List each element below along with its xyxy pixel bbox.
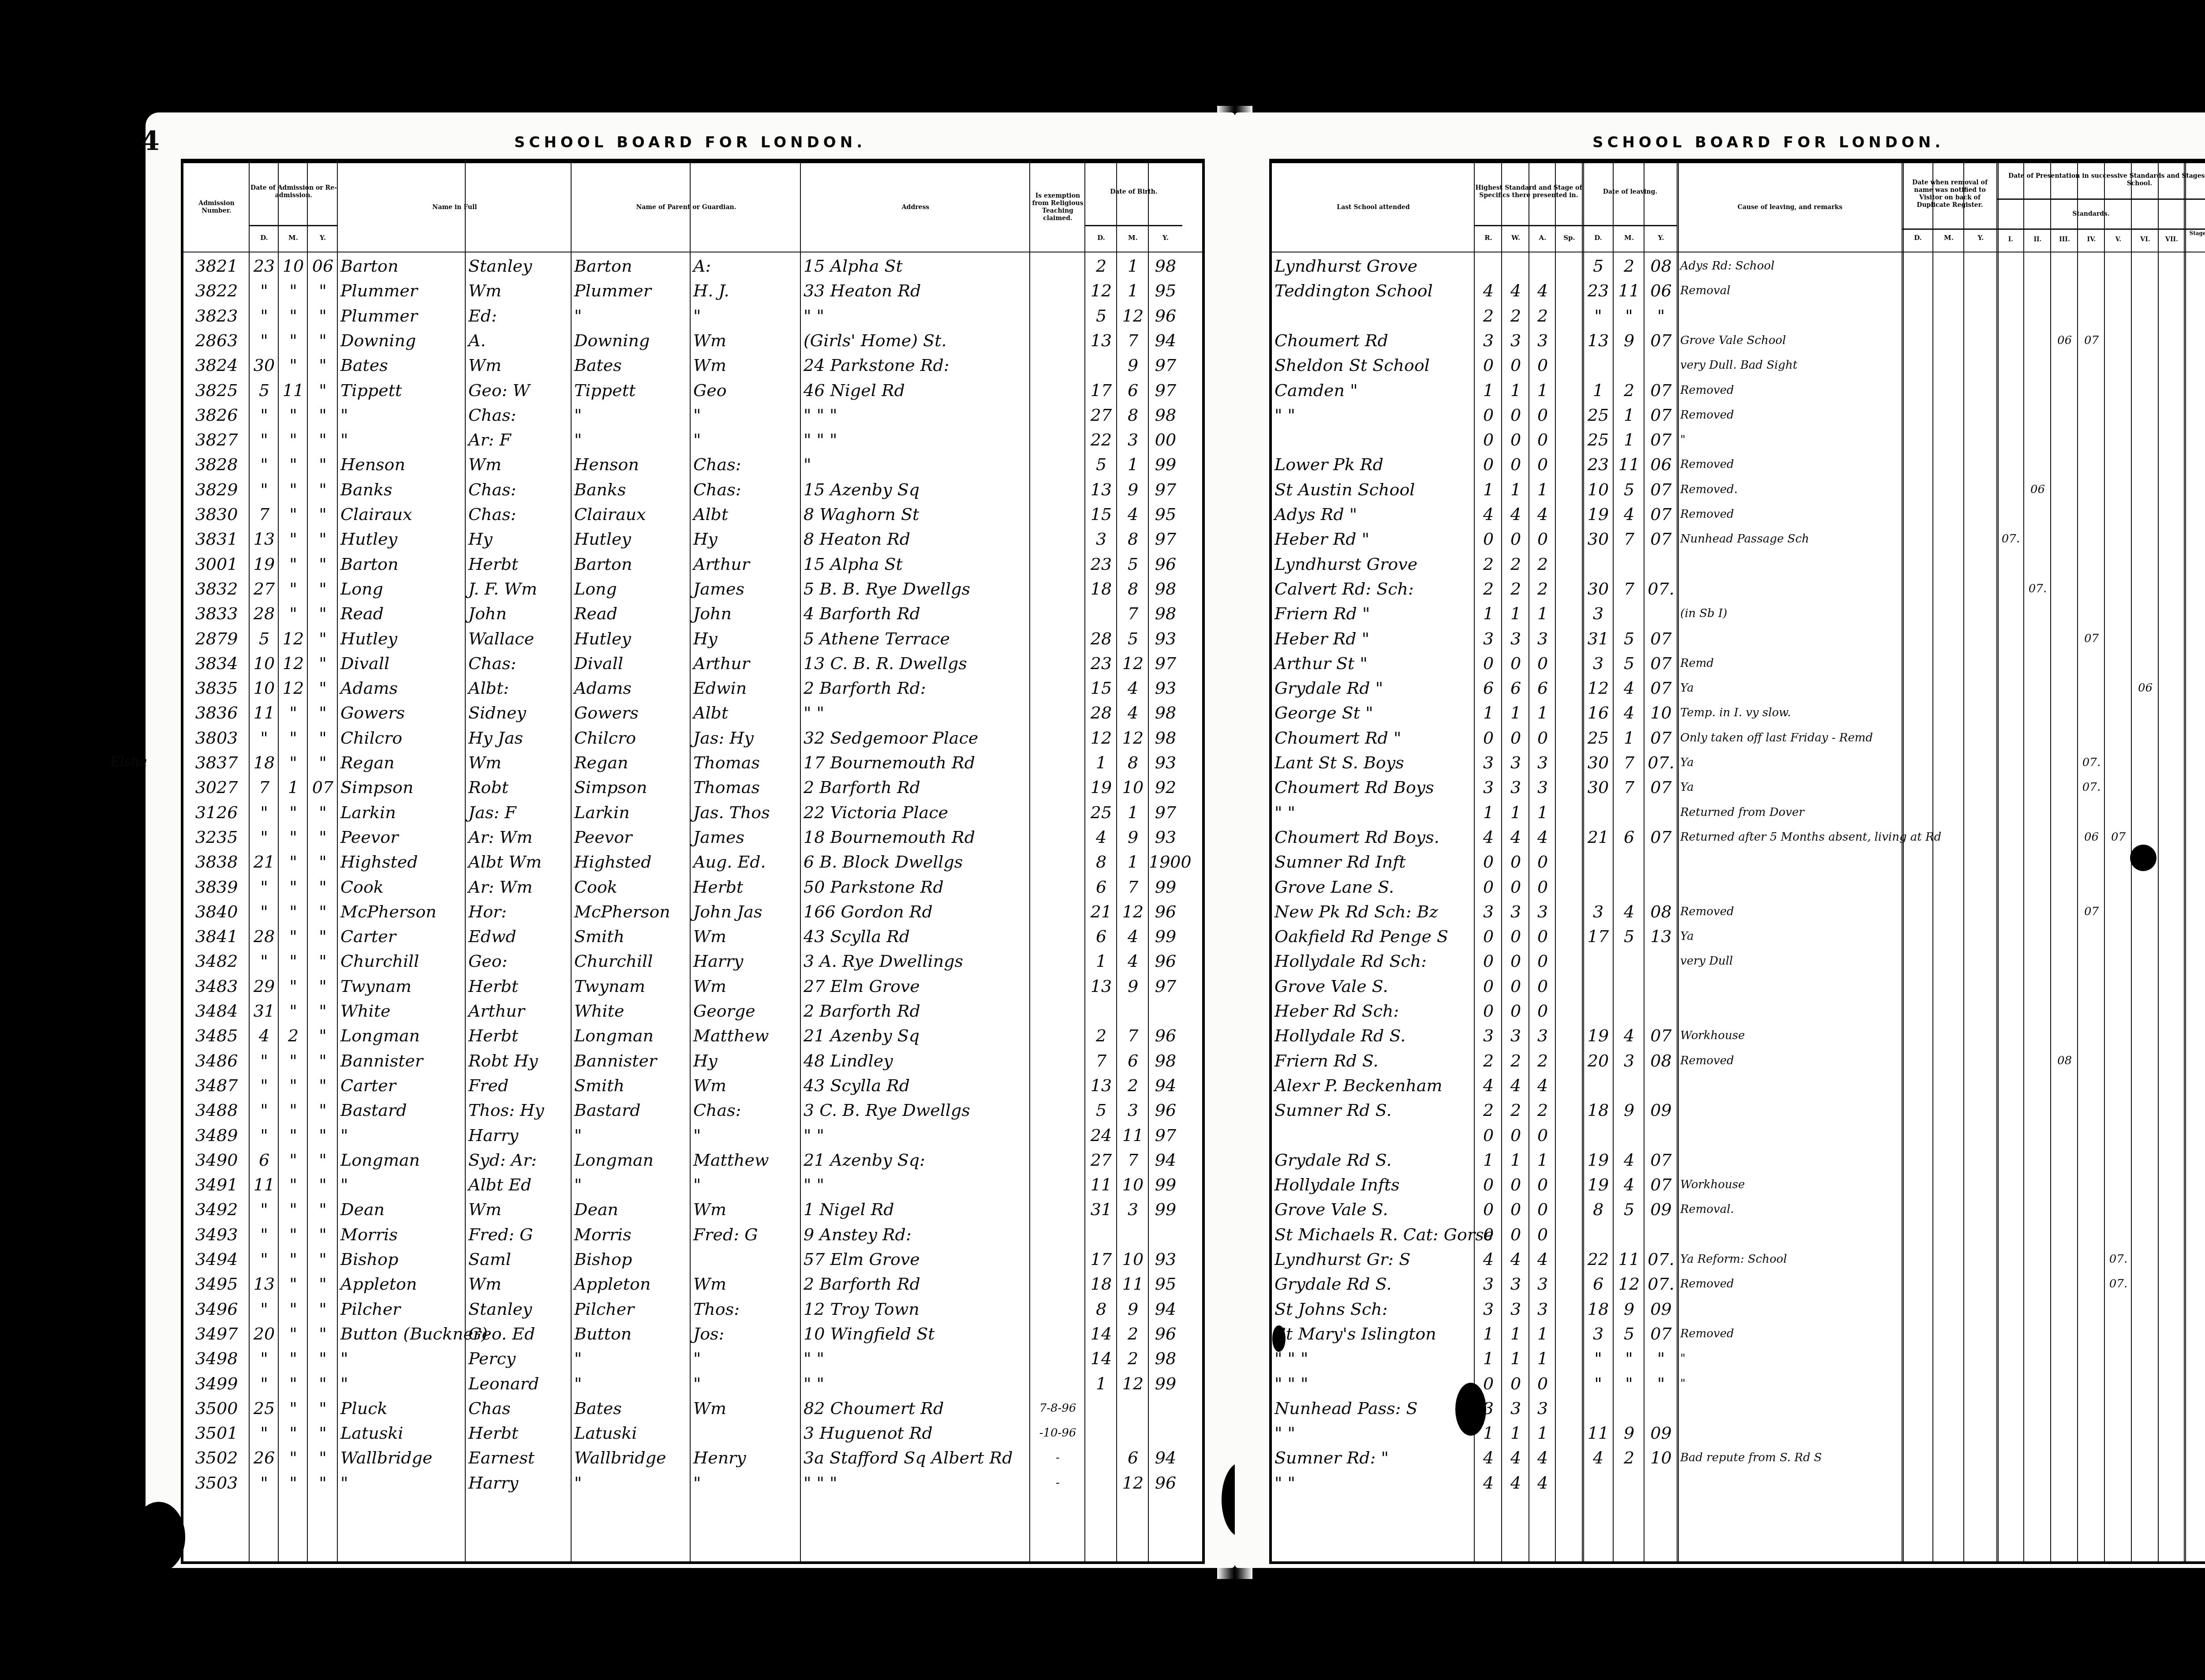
numeric-cell: 5 (1583, 254, 1614, 278)
numeric-cell: 3499 (183, 1371, 250, 1396)
numeric-cell: 99 (1149, 1172, 1182, 1197)
numeric-cell: 2 (1502, 1048, 1529, 1073)
text-cell (1678, 875, 1905, 899)
ink-blot (2130, 845, 2156, 871)
numeric-cell: " (250, 1073, 279, 1098)
numeric-cell: 99 (1149, 1371, 1182, 1396)
numeric-cell: 3825 (183, 378, 250, 403)
text-cell: Larkin (338, 800, 468, 825)
numeric-cell: 4 (1614, 899, 1644, 924)
numeric-cell (1583, 552, 1614, 576)
text-cell: 2 Barforth Rd (801, 999, 1033, 1023)
numeric-cell: " (279, 1321, 308, 1346)
header-standard-col: IV. (2078, 236, 2105, 243)
text-cell: James (691, 576, 804, 601)
numeric-cell: 0 (1529, 353, 1556, 378)
numeric-cell: " (279, 1297, 308, 1321)
standard-presentation-cell: 06 (2132, 676, 2159, 700)
text-cell: Removed (1678, 1321, 1905, 1346)
text-cell: Morris (572, 1222, 693, 1247)
table-row: 000 (1272, 1123, 2205, 1148)
numeric-cell: 07 (1644, 403, 1678, 427)
numeric-cell: 23 (1583, 452, 1614, 477)
numeric-cell: 3 (1475, 626, 1502, 651)
text-cell: Removal (1678, 278, 1905, 303)
text-cell: " (572, 1371, 693, 1396)
numeric-cell (1614, 552, 1644, 576)
text-cell: 22 Victoria Place (801, 800, 1033, 825)
numeric-cell: " (308, 353, 338, 378)
numeric-cell: 0 (1529, 924, 1556, 949)
numeric-cell: 12 (1117, 899, 1149, 924)
table-row: 3829"""BanksChas:BanksChas:15 Azenby Sq1… (183, 477, 1202, 502)
numeric-cell: 27 (250, 576, 279, 601)
header-admission-number: Admission Number. (183, 163, 250, 251)
numeric-cell (1030, 576, 1085, 601)
text-cell: St Austin School (1272, 477, 1477, 502)
text-cell: Barton (572, 254, 693, 278)
numeric-cell: 3830 (183, 502, 250, 527)
page-title-left: SCHOOL BOARD FOR LONDON. (146, 134, 1235, 151)
numeric-cell: 12 (1117, 726, 1149, 750)
text-cell: Chas: (466, 403, 574, 427)
numeric-cell: 07 (1644, 477, 1678, 502)
numeric-cell: 06 (308, 254, 338, 278)
numeric-cell (1030, 303, 1085, 328)
numeric-cell: " (1614, 1346, 1644, 1371)
numeric-cell: 6 (1502, 676, 1529, 700)
numeric-cell: 3 (1529, 1396, 1556, 1421)
numeric-cell (1030, 1148, 1085, 1172)
header-cause: Cause of leaving, and remarks (1678, 163, 1902, 251)
header-standard-col: VII. (2159, 236, 2185, 243)
numeric-cell: 14 (1085, 1346, 1117, 1371)
numeric-cell: 12 (1583, 676, 1614, 700)
numeric-cell (1030, 875, 1085, 899)
text-cell: Workhouse (1678, 1172, 1905, 1197)
numeric-cell: " (1614, 1371, 1644, 1396)
text-cell: Wm (466, 452, 574, 477)
numeric-cell (1583, 949, 1614, 973)
numeric-cell (1030, 700, 1085, 725)
numeric-cell: 17 (1583, 924, 1614, 949)
numeric-cell (1644, 552, 1678, 576)
numeric-cell: 4 (1502, 1247, 1529, 1272)
numeric-cell: 09 (1644, 1421, 1678, 1445)
table-row: Choumert Rd33313907Grove Vale School0607 (1272, 328, 2205, 353)
table-row: 3498""""Percy""" "14298 (183, 1346, 1202, 1371)
numeric-cell (1030, 949, 1085, 973)
text-cell: 8 Waghorn St (801, 502, 1033, 527)
text-cell: Churchill (572, 949, 693, 973)
numeric-cell: " (308, 328, 338, 353)
text-cell: Alexr P. Beckenham (1272, 1073, 1477, 1098)
numeric-cell: 3 (1529, 1272, 1556, 1296)
numeric-cell: 3831 (183, 527, 250, 551)
numeric-cell: 7 (1614, 527, 1644, 551)
left-page: 4 SCHOOL BOARD FOR LONDON. Elsha Admissi… (146, 112, 1235, 1568)
numeric-cell: 6 (1583, 1272, 1614, 1296)
table-row: 3828"""HensonWmHensonChas:"5199 (183, 452, 1202, 477)
table-row: 348329""TwynamHerbtTwynamWm27 Elm Grove1… (183, 974, 1202, 999)
numeric-cell: 3502 (183, 1445, 250, 1470)
numeric-cell: " (279, 1197, 308, 1222)
numeric-cell: " (250, 1421, 279, 1445)
text-cell: " (338, 1123, 468, 1148)
text-cell (691, 1421, 804, 1445)
numeric-cell: 19 (1583, 1148, 1614, 1172)
numeric-cell: " (279, 800, 308, 825)
standard-presentation-cell: 07. (2105, 1247, 2132, 1272)
numeric-cell: 4 (1502, 1470, 1529, 1495)
page-title-right: SCHOOL BOARD FOR LONDON. (1235, 134, 2205, 151)
numeric-cell: " (308, 1470, 338, 1495)
table-row: 00025107" (1272, 427, 2205, 452)
numeric-cell: 3 (1583, 601, 1614, 626)
text-cell: Syd: Ar: (466, 1148, 574, 1172)
text-cell: Fred: G (466, 1222, 574, 1247)
text-cell: Jos: (691, 1321, 804, 1346)
table-row: Choumert Rd "00025107Only taken off last… (1272, 726, 2205, 750)
numeric-cell: 99 (1149, 875, 1182, 899)
text-cell: Banks (572, 477, 693, 502)
text-cell: Removed. (1678, 477, 1905, 502)
text-cell: Removed (1678, 899, 1905, 924)
text-cell: Bates (572, 1396, 693, 1421)
table-row: 3492"""DeanWmDeanWm1 Nigel Rd31399 (183, 1197, 1202, 1222)
text-cell: White (572, 999, 693, 1023)
text-cell: Wm (466, 278, 574, 303)
table-row: 2879512"HutleyWallaceHutleyHy5 Athene Te… (183, 626, 1202, 651)
text-cell: Stanley (466, 254, 574, 278)
standard-presentation-cell: 07 (2078, 899, 2105, 924)
text-cell: Robt Hy (466, 1048, 574, 1073)
text-cell (1678, 974, 1905, 999)
text-cell: Lant St S. Boys (1272, 750, 1477, 775)
numeric-cell: 4 (1475, 825, 1502, 849)
text-cell: 2 Barforth Rd: (801, 676, 1033, 700)
table-row: 384128""CarterEdwdSmithWm43 Scylla Rd649… (183, 924, 1202, 949)
text-cell: Ya (1678, 775, 1905, 800)
numeric-cell: " (308, 552, 338, 576)
numeric-cell: 12 (279, 626, 308, 651)
table-row: Grove Lane S.000 (1272, 875, 2205, 899)
table-row: 3499""""Leonard""" "11299 (183, 1371, 1202, 1396)
numeric-cell: 3 (1117, 1098, 1149, 1122)
text-cell: Returned from Dover (1678, 800, 1905, 825)
numeric-cell: 5 (1117, 552, 1149, 576)
text-cell: " (691, 427, 804, 452)
numeric-cell: 1 (1583, 378, 1614, 403)
numeric-cell: 1 (1502, 601, 1529, 626)
numeric-cell (1030, 750, 1085, 775)
table-row: 3494"""BishopSamlBishop57 Elm Grove17109… (183, 1247, 1202, 1272)
text-cell: Arthur (691, 552, 804, 576)
numeric-cell: " (308, 1023, 338, 1048)
numeric-cell: " (308, 1172, 338, 1197)
numeric-cell: 07 (1644, 825, 1678, 849)
numeric-cell (1583, 875, 1614, 899)
text-cell: Wallbridge (572, 1445, 693, 1470)
numeric-cell: 3493 (183, 1222, 250, 1247)
numeric-cell: 07 (1644, 427, 1678, 452)
table-row: 3482"""ChurchillGeo:ChurchillHarry3 A. R… (183, 949, 1202, 973)
numeric-cell: 27 (1085, 1148, 1117, 1172)
text-cell: Longman (338, 1023, 468, 1048)
table-row: Hollydale Rd Sch:000very Dull (1272, 949, 2205, 973)
numeric-cell: 18 (1085, 576, 1117, 601)
table-row: " " "111"""" (1272, 1346, 2205, 1371)
numeric-cell: 4 (1529, 1445, 1556, 1470)
text-cell (1678, 552, 1905, 576)
text-cell (1678, 999, 1905, 1023)
numeric-cell: 1 (1085, 1371, 1117, 1396)
table-row: 3126"""LarkinJas: FLarkinJas. Thos22 Vic… (183, 800, 1202, 825)
text-cell: " (691, 1470, 804, 1495)
numeric-cell: " (279, 899, 308, 924)
text-cell: Workhouse (1678, 1023, 1905, 1048)
numeric-cell: 98 (1149, 726, 1182, 750)
table-row: " "111Returned from Dover (1272, 800, 2205, 825)
numeric-cell: 3 (1502, 626, 1529, 651)
text-cell: 46 Nigel Rd (801, 378, 1033, 403)
numeric-cell (1614, 999, 1644, 1023)
numeric-cell: 9 (1117, 477, 1149, 502)
numeric-cell: 10 (1117, 1247, 1149, 1272)
numeric-cell: " (1583, 1346, 1614, 1371)
text-cell: Hor: (466, 899, 574, 924)
numeric-cell: 3 (1614, 1048, 1644, 1073)
numeric-cell: 12 (279, 651, 308, 676)
numeric-cell (1030, 849, 1085, 874)
numeric-cell: 1 (1529, 477, 1556, 502)
numeric-cell: 07 (1644, 527, 1678, 551)
numeric-cell: 2 (1529, 1048, 1556, 1073)
text-cell: Chas: (466, 477, 574, 502)
numeric-cell: 3487 (183, 1073, 250, 1098)
numeric-cell: 3 (1475, 775, 1502, 800)
numeric-cell: " (250, 899, 279, 924)
numeric-cell: 12 (1117, 1470, 1149, 1495)
text-cell (1272, 427, 1477, 452)
text-cell: Albt: (466, 676, 574, 700)
numeric-cell: 31 (250, 999, 279, 1023)
numeric-cell: 4 (1117, 949, 1149, 973)
text-cell (1272, 303, 1477, 328)
numeric-cell: " (279, 1272, 308, 1296)
numeric-cell (1529, 254, 1556, 278)
table-row: Grove Vale S.0008509Removal. (1272, 1197, 2205, 1222)
text-cell: Plummer (572, 278, 693, 303)
numeric-cell: 3833 (183, 601, 250, 626)
numeric-cell (1030, 254, 1085, 278)
numeric-cell: 3 (1502, 1297, 1529, 1321)
numeric-cell: " (279, 726, 308, 750)
numeric-cell: " (250, 452, 279, 477)
numeric-cell (1030, 775, 1085, 800)
numeric-cell: 08 (1644, 1048, 1678, 1073)
numeric-cell: 07 (308, 775, 338, 800)
text-cell: Removed (1678, 452, 1905, 477)
text-cell: Long (572, 576, 693, 601)
numeric-cell: " (279, 527, 308, 551)
table-row: Grydale Rd "66612407Ya06 (1272, 676, 2205, 700)
text-cell: " (691, 1346, 804, 1371)
numeric-cell: 0 (1502, 1123, 1529, 1148)
text-cell: Stanley (466, 1297, 574, 1321)
numeric-cell: 3824 (183, 353, 250, 378)
numeric-cell: " (308, 1297, 338, 1321)
text-cell: Earnest (466, 1445, 574, 1470)
text-cell: Teddington School (1272, 278, 1477, 303)
numeric-cell: 7 (1117, 328, 1149, 353)
standard-presentation-cell: 07. (2078, 775, 2105, 800)
text-cell: 6 B. Block Dwellgs (801, 849, 1033, 874)
text-cell: Longman (338, 1148, 468, 1172)
text-cell (1272, 1123, 1477, 1148)
numeric-cell: - (1030, 1445, 1085, 1470)
text-cell: Bad repute from S. Rd S (1678, 1445, 1905, 1470)
numeric-cell (1583, 974, 1614, 999)
numeric-cell: 1900 (1149, 849, 1182, 874)
table-row: Arthur St "0003507Remd (1272, 651, 2205, 676)
numeric-cell: 1 (1117, 278, 1149, 303)
numeric-cell: 10 (1117, 775, 1149, 800)
numeric-cell: " (279, 552, 308, 576)
numeric-cell: 3 (1502, 328, 1529, 353)
numeric-cell (1583, 353, 1614, 378)
numeric-cell: " (250, 477, 279, 502)
numeric-cell: 4 (1475, 1445, 1502, 1470)
text-cell: 10 Wingfield St (801, 1321, 1033, 1346)
numeric-cell (1614, 974, 1644, 999)
numeric-cell (1030, 1272, 1085, 1296)
numeric-cell: 31 (1583, 626, 1614, 651)
text-cell: Wm (691, 924, 804, 949)
text-cell: Friern Rd " (1272, 601, 1477, 626)
numeric-cell: 3 (1502, 899, 1529, 924)
table-row: 348542"LongmanHerbtLongmanMatthew21 Azen… (183, 1023, 1202, 1048)
text-cell: " (691, 303, 804, 328)
numeric-cell: 99 (1149, 1197, 1182, 1222)
text-cell: St Michaels R. Cat: Gorse (1272, 1222, 1477, 1247)
text-cell (1678, 849, 1905, 874)
text-cell: 166 Gordon Rd (801, 899, 1033, 924)
numeric-cell: 6 (1614, 825, 1644, 849)
numeric-cell: 11 (1614, 1247, 1644, 1272)
numeric-cell: 2 (1529, 576, 1556, 601)
table-row: 350025""PluckChasBatesWm82 Choumert Rd7-… (183, 1396, 1202, 1421)
table-row: Grove Vale S.000 (1272, 974, 2205, 999)
text-cell (1678, 303, 1905, 328)
text-cell: " (338, 1371, 468, 1396)
header-rem-d: D. (1902, 234, 1933, 242)
numeric-cell: 25 (250, 1396, 279, 1421)
numeric-cell: 23 (1085, 552, 1117, 576)
numeric-cell: " (279, 353, 308, 378)
numeric-cell: 0 (1475, 427, 1502, 452)
numeric-cell: " (279, 1172, 308, 1197)
text-cell (1678, 1123, 1905, 1148)
numeric-cell: 3837 (183, 750, 250, 775)
text-cell: Wm (691, 974, 804, 999)
numeric-cell: " (308, 477, 338, 502)
numeric-cell: 3484 (183, 999, 250, 1023)
numeric-cell (1030, 899, 1085, 924)
numeric-cell: 3834 (183, 651, 250, 676)
numeric-cell: 4 (1475, 1247, 1502, 1272)
text-cell: Peevor (572, 825, 693, 849)
text-cell: " (691, 1371, 804, 1396)
text-cell: " " " (1272, 1371, 1477, 1396)
table-row: Sumner Rd: "4444210Bad repute from S. Rd… (1272, 1445, 2205, 1470)
text-cell: Appleton (338, 1272, 468, 1296)
text-cell: 3 C. B. Rye Dwellgs (801, 1098, 1033, 1122)
text-cell: Ya (1678, 750, 1905, 775)
table-row: 3823"""PlummerEd:""" "51296 (183, 303, 1202, 328)
text-cell: " " (1272, 1421, 1477, 1445)
numeric-cell: 1 (1502, 800, 1529, 825)
numeric-cell: 97 (1149, 477, 1182, 502)
numeric-cell (1502, 254, 1529, 278)
text-cell: Harry (691, 949, 804, 973)
text-cell: Button (Buckner) (338, 1321, 468, 1346)
table-row: 3489""""Harry""" "241197 (183, 1123, 1202, 1148)
numeric-cell: " (279, 1073, 308, 1098)
numeric-cell: 0 (1502, 924, 1529, 949)
table-row: 34906""LongmanSyd: Ar:LongmanMatthew21 A… (183, 1148, 1202, 1172)
numeric-cell (1614, 875, 1644, 899)
numeric-cell (1030, 328, 1085, 353)
header-date-removal: Date when removal of name was notified t… (1902, 163, 1997, 225)
numeric-cell: 07 (1644, 378, 1678, 403)
header-birth-m: M. (1117, 234, 1149, 242)
text-cell: John (691, 601, 804, 626)
numeric-cell (1030, 477, 1085, 502)
numeric-cell (1614, 353, 1644, 378)
text-cell: Plummer (338, 278, 468, 303)
numeric-cell: 07. (1644, 750, 1678, 775)
numeric-cell: 98 (1149, 601, 1182, 626)
numeric-cell: 3498 (183, 1346, 250, 1371)
text-cell: Barton (338, 254, 468, 278)
text-cell: " " " (801, 403, 1033, 427)
numeric-cell: 7 (1117, 875, 1149, 899)
numeric-cell: 0 (1475, 949, 1502, 973)
numeric-cell: 0 (1502, 875, 1529, 899)
numeric-cell (1030, 651, 1085, 676)
text-cell: Adams (572, 676, 693, 700)
numeric-cell: 2 (1502, 552, 1529, 576)
table-row: 3839"""CookAr: WmCookHerbt50 Parkstone R… (183, 875, 1202, 899)
header-standard-col: VI. (2132, 236, 2159, 243)
numeric-cell (1644, 974, 1678, 999)
numeric-cell: 2 (1475, 576, 1502, 601)
numeric-cell: " (279, 1346, 308, 1371)
text-cell: Geo: (466, 949, 574, 973)
numeric-cell: 0 (1529, 875, 1556, 899)
numeric-cell: 3836 (183, 700, 250, 725)
standard-presentation-cell: 06 (2024, 477, 2051, 502)
numeric-cell: 10 (1644, 1445, 1678, 1470)
text-cell: " (1678, 1371, 1905, 1396)
text-cell: Geo. Ed (466, 1321, 574, 1346)
numeric-cell: 2 (1117, 1346, 1149, 1371)
text-cell: Lyndhurst Grove (1272, 552, 1477, 576)
text-cell: Divall (572, 651, 693, 676)
text-cell: very Dull. Bad Sight (1678, 353, 1905, 378)
numeric-cell: 07 (1644, 1148, 1678, 1172)
